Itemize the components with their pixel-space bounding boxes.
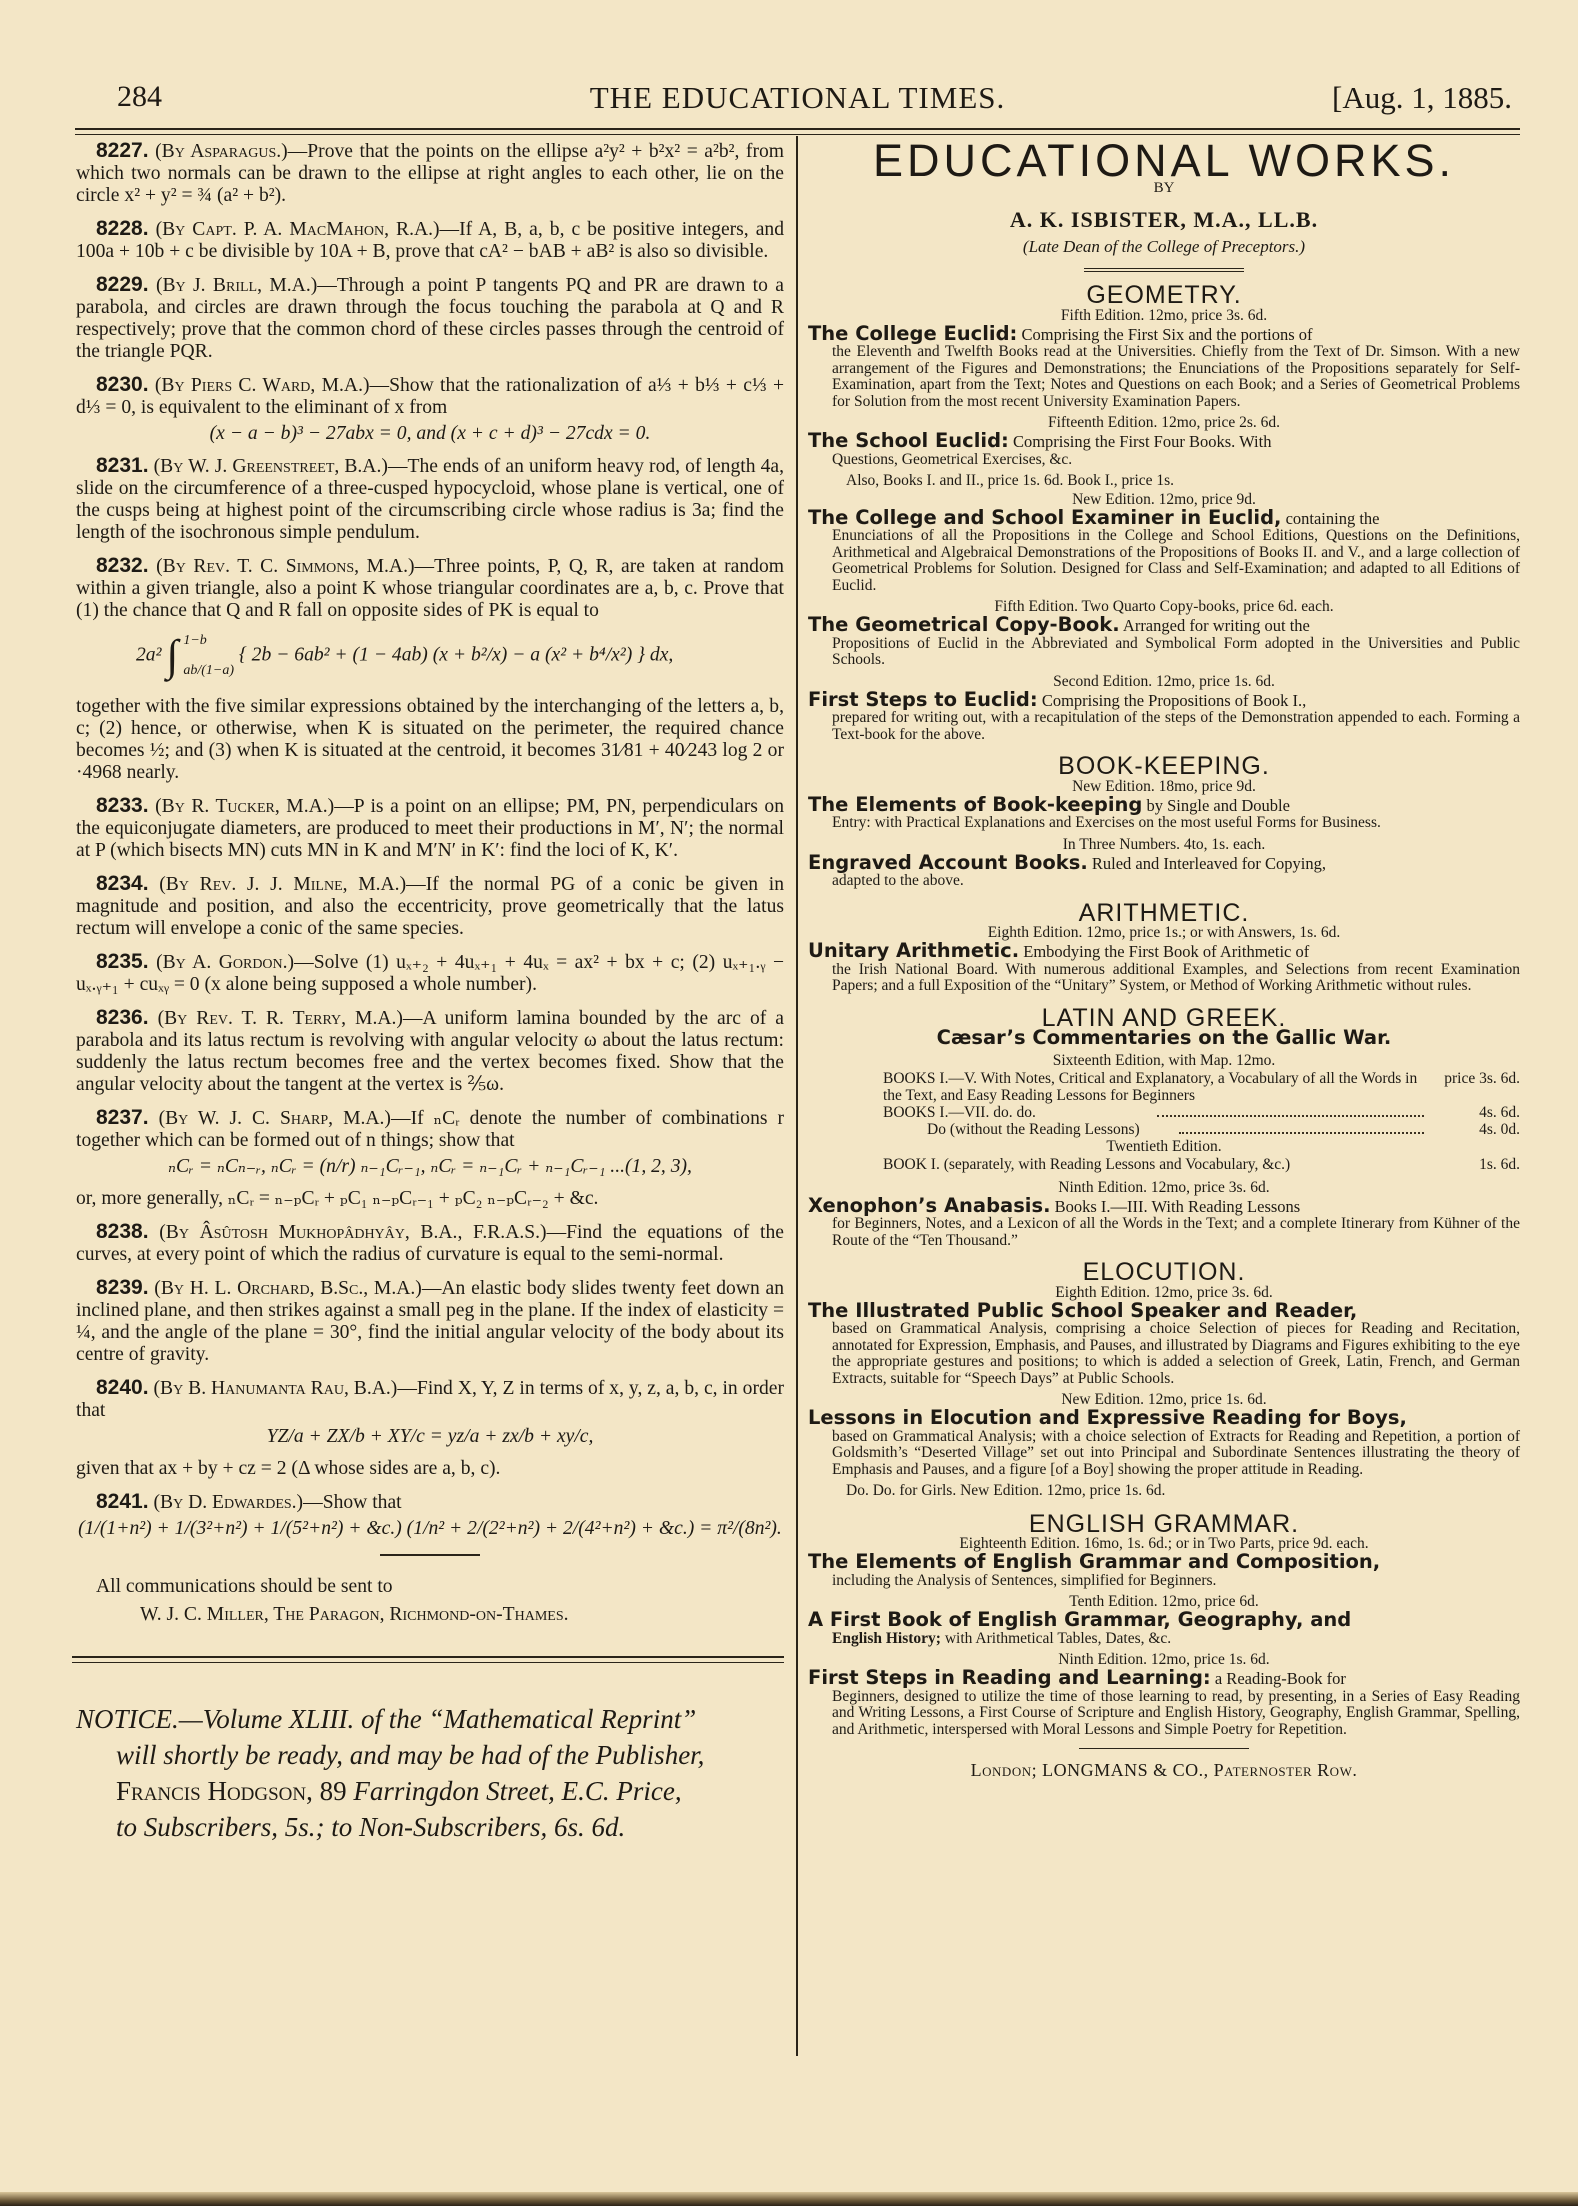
book-unitary-arithmetic: Unitary Arithmetic. Embodying the First … <box>808 942 1520 995</box>
questions-column: 8227. (By Asparagus.)—Prove that the poi… <box>76 140 784 1845</box>
equation-8230: (x − a − b)³ − 27abx = 0, and (x + c + d… <box>76 423 784 445</box>
notice-line-1: NOTICE.—Volume XLIII. of the “Mathematic… <box>76 1701 784 1737</box>
question-8239: 8239. (By H. L. Orchard, B.Sc., M.A.)—An… <box>76 1277 784 1366</box>
section-rule <box>380 1554 480 1556</box>
publisher-rule <box>1079 1748 1249 1749</box>
question-8233: 8233. (By R. Tucker, M.A.)—P is a point … <box>76 795 784 862</box>
leader-dots <box>1179 1121 1425 1134</box>
book-elements-book-keeping: The Elements of Book-keeping by Single a… <box>808 796 1520 832</box>
question-8232: 8232. (By Rev. T. C. Simmons, M.A.)—Thre… <box>76 555 784 622</box>
notice-line-2: will shortly be ready, and may be had of… <box>76 1737 784 1773</box>
book-edition: Twentieth Edition. <box>808 1138 1520 1156</box>
integral-8232: 2a² ∫ 1−bab/(1−a) { 2b − 6ab² + (1 − 4ab… <box>76 626 784 686</box>
advert-rule <box>1084 268 1244 272</box>
notice-rule-thin <box>72 1662 784 1663</box>
publisher-imprint: London; LONGMANS & CO., Paternoster Row. <box>808 1761 1520 1780</box>
price-row: Do (without the Reading Lessons)4s. 0d. <box>883 1121 1520 1138</box>
communications-note: All communications should be sent to <box>96 1576 784 1598</box>
book-examiner-euclid: The College and School Examiner in Eucli… <box>808 509 1520 595</box>
question-8241: 8241. (By D. Edwardes.)—Show that <box>76 1491 784 1514</box>
question-8240: 8240. (By B. Hanumanta Rau, B.A.)—Find X… <box>76 1377 784 1422</box>
advert-author: A. K. ISBISTER, M.A., LL.B. <box>808 211 1520 230</box>
section-heading-book-keeping: BOOK-KEEPING. <box>808 757 1520 776</box>
integral-sign-icon: ∫ <box>166 631 178 680</box>
book-school-euclid: The School Euclid: Comprising the First … <box>808 432 1520 468</box>
question-8238: 8238. (By Âsûtosh Mukhopâdhyây, B.A., F.… <box>76 1221 784 1266</box>
advert-title: EDUCATIONAL WORKS. <box>808 152 1520 171</box>
book-public-school-speaker: The Illustrated Public School Speaker an… <box>808 1302 1520 1388</box>
book-lessons-elocution: Lessons in Elocution and Expressive Read… <box>808 1409 1520 1478</box>
book-caesar-title: Cæsar’s Commentaries on the Gallic War. <box>808 1029 1520 1048</box>
book-edition: Sixteenth Edition, with Map. 12mo. <box>808 1052 1520 1070</box>
issue-date: [Aug. 1, 1885. <box>1332 80 1512 116</box>
question-8232-continued: together with the five similar expressio… <box>76 696 784 784</box>
price-list: BOOKS I.—V. With Notes, Critical and Exp… <box>808 1070 1520 1173</box>
masthead: 284 THE EDUCATIONAL TIMES. [Aug. 1, 1885… <box>75 80 1520 124</box>
section-heading-geometry: GEOMETRY. <box>808 286 1520 305</box>
question-8236: 8236. (By Rev. T. R. Terry, M.A.)—A unif… <box>76 1007 784 1096</box>
communications-address: W. J. C. Miller, The Paragon, Richmond-o… <box>140 1604 784 1626</box>
section-heading-elocution: ELOCUTION. <box>808 1263 1520 1282</box>
equation-8237: ₙCᵣ = ₙCₙ₋ᵣ, ₙCᵣ = (n/r) ₙ₋₁Cᵣ₋₁, ₙCᵣ = … <box>76 1156 784 1178</box>
price-row: BOOKS I.—VII. do. do.4s. 6d. <box>883 1104 1520 1121</box>
book-first-steps-euclid: First Steps to Euclid: Comprising the Pr… <box>808 691 1520 744</box>
question-8235: 8235. (By A. Gordon.)—Solve (1) uₓ₊₂ + 4… <box>76 951 784 996</box>
section-heading-arithmetic: ARITHMETIC. <box>808 904 1520 923</box>
book-first-steps-reading: First Steps in Reading and Learning: a R… <box>808 1669 1520 1738</box>
question-8240-continued: given that ax + by + cz = 2 (Δ whose sid… <box>76 1458 784 1480</box>
notice-line-3: Francis Hodgson, 89 Farringdon Street, E… <box>76 1773 784 1809</box>
question-8230: 8230. (By Piers C. Ward, M.A.)—Show that… <box>76 374 784 419</box>
leader-dots <box>1157 1104 1425 1117</box>
advert-column: EDUCATIONAL WORKS. BY A. K. ISBISTER, M.… <box>808 140 1520 1780</box>
question-8227: 8227. (By Asparagus.)—Prove that the poi… <box>76 140 784 207</box>
question-8237: 8237. (By W. J. C. Sharp, M.A.)—If ₙCᵣ d… <box>76 1107 784 1152</box>
page-edge-shadow <box>0 2192 1578 2206</box>
price-row: BOOKS I.—V. With Notes, Critical and Exp… <box>883 1070 1520 1104</box>
book-engraved-account-books: Engraved Account Books. Ruled and Interl… <box>808 854 1520 890</box>
notice-line-4: to Subscribers, 5s.; to Non-Subscribers,… <box>76 1809 784 1845</box>
header-rule <box>75 128 1520 130</box>
column-divider <box>796 136 798 2056</box>
equation-8241: (1/(1+n²) + 1/(3²+n²) + 1/(5²+n²) + &c.)… <box>76 1518 784 1540</box>
price-row: BOOK I. (separately, with Reading Lesson… <box>883 1156 1520 1173</box>
question-8229: 8229. (By J. Brill, M.A.)—Through a poin… <box>76 274 784 363</box>
notice-rule <box>72 1656 784 1658</box>
notice-block: NOTICE.—Volume XLIII. of the “Mathematic… <box>76 1701 784 1845</box>
book-college-euclid: The College Euclid: Comprising the First… <box>808 325 1520 411</box>
integral-limits: 1−bab/(1−a) <box>183 626 234 686</box>
question-8228: 8228. (By Capt. P. A. MacMahon, R.A.)—If… <box>76 218 784 263</box>
journal-title: THE EDUCATIONAL TIMES. <box>75 80 1520 116</box>
question-8237-continued: or, more generally, ₙCᵣ = ₙ₋ₚCᵣ + ₚC₁ ₙ₋… <box>76 1188 784 1210</box>
book-elements-english-grammar: The Elements of English Grammar and Comp… <box>808 1553 1520 1589</box>
section-heading-english-grammar: ENGLISH GRAMMAR. <box>808 1515 1520 1534</box>
book-girls-edition: Do. Do. for Girls. New Edition. 12mo, pr… <box>808 1482 1520 1501</box>
book-first-book-english-grammar: A First Book of English Grammar, Geograp… <box>808 1611 1520 1647</box>
question-8234: 8234. (By Rev. J. J. Milne, M.A.)—If the… <box>76 873 784 940</box>
book-geometrical-copy-book: The Geometrical Copy-Book. Arranged for … <box>808 616 1520 669</box>
book-also-note: Also, Books I. and II., price 1s. 6d. Bo… <box>808 472 1520 491</box>
equation-8240: YZ/a + ZX/b + XY/c = yz/a + zx/b + xy/c, <box>76 1426 784 1448</box>
section-heading-latin-greek: LATIN AND GREEK. <box>808 1009 1520 1028</box>
book-xenophon-anabasis: Xenophon’s Anabasis. Books I.—III. With … <box>808 1197 1520 1250</box>
advert-author-note: (Late Dean of the College of Preceptors.… <box>808 238 1520 257</box>
question-8231: 8231. (By W. J. Greenstreet, B.A.)—The e… <box>76 455 784 544</box>
